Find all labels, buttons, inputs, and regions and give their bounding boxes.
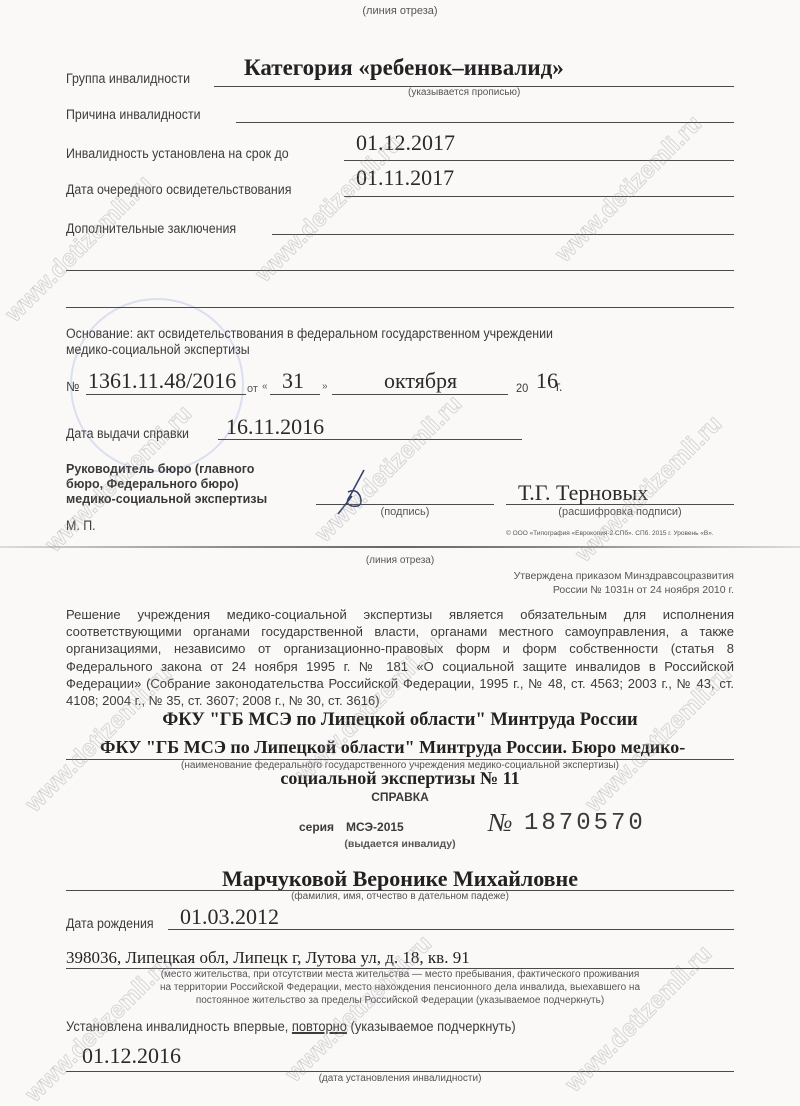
additional-conclusions-line-1 bbox=[272, 234, 734, 235]
certificate-number-prefix: № bbox=[488, 808, 513, 838]
approval-line-1: Утверждена приказом Минздравсоцразвития bbox=[514, 570, 734, 582]
established-row: Установлена инвалидность впервые, повтор… bbox=[66, 1018, 516, 1034]
recipient-full-name: Марчуковой Веронике Михайловне bbox=[0, 866, 800, 892]
disability-certificate: (линия отреза) Группа инвалидности Катег… bbox=[0, 0, 800, 1106]
watermark: www.detizemli.ru bbox=[550, 110, 708, 268]
disability-group-value: Категория «ребенок–инвалид» bbox=[244, 55, 564, 81]
birth-date-value: 01.03.2012 bbox=[180, 904, 279, 930]
certificate-number: 1870570 bbox=[524, 810, 646, 837]
basis-line-1: Основание: акт освидетельствования в фед… bbox=[66, 326, 553, 341]
cut-line-label-bottom: (линия отреза) bbox=[0, 555, 800, 566]
full-name-hint: (фамилия, имя, отчество в дательном паде… bbox=[0, 891, 800, 902]
disability-cause-line bbox=[236, 122, 734, 123]
next-exam-line bbox=[344, 196, 734, 197]
act-number-line bbox=[86, 394, 246, 395]
disability-group-hint: (указывается прописью) bbox=[408, 87, 520, 98]
cut-line-label-top: (линия отреза) bbox=[0, 5, 800, 17]
next-exam-label: Дата очередного освидетельствования bbox=[66, 182, 291, 197]
established-date-line bbox=[66, 1071, 734, 1072]
additional-conclusions-line-2 bbox=[66, 270, 734, 271]
act-day-value: 31 bbox=[282, 368, 304, 394]
document-title: СПРАВКА bbox=[0, 790, 800, 804]
act-number-prefix: № bbox=[66, 379, 79, 394]
act-day-close: » bbox=[322, 381, 328, 392]
issue-date-value: 16.11.2016 bbox=[226, 414, 324, 440]
act-year-suffix: г. bbox=[556, 379, 562, 394]
birth-date-label: Дата рождения bbox=[66, 916, 154, 931]
act-month-line bbox=[332, 394, 508, 395]
series-value: МСЭ-2015 bbox=[346, 820, 404, 834]
series-label: серия bbox=[299, 820, 334, 834]
head-title-line-1: Руководитель бюро (главного bbox=[66, 462, 267, 477]
established-suffix: (указываемое подчеркнуть) bbox=[347, 1018, 516, 1034]
act-day-open: « bbox=[262, 381, 268, 392]
act-year-value: 16 bbox=[536, 368, 558, 394]
approval-line-2: России № 1031н от 24 ноября 2010 г. bbox=[553, 584, 734, 596]
valid-until-label: Инвалидность установлена на срок до bbox=[66, 146, 289, 161]
act-year-prefix: 20 bbox=[516, 381, 528, 395]
act-day-line bbox=[270, 394, 320, 395]
basis-line-2: медико-социальной экспертизы bbox=[66, 342, 250, 357]
issued-to-hint: (выдается инвалиду) bbox=[0, 838, 800, 850]
established-date-hint: (дата установления инвалидности) bbox=[0, 1073, 800, 1084]
cut-separator bbox=[0, 546, 800, 548]
disability-group-label: Группа инвалидности bbox=[66, 71, 190, 86]
disability-cause-label: Причина инвалидности bbox=[66, 107, 201, 122]
act-month-value: октября bbox=[384, 368, 457, 394]
institution-value-line-1: ФКУ "ГБ МСЭ по Липецкой области" Минтруд… bbox=[100, 737, 685, 758]
additional-conclusions-line-3 bbox=[66, 307, 734, 308]
institution-value-line-2: социальной экспертизы № 11 bbox=[0, 768, 800, 789]
act-from-label: от bbox=[247, 383, 258, 395]
act-number-value: 1361.11.48/2016 bbox=[88, 368, 236, 394]
